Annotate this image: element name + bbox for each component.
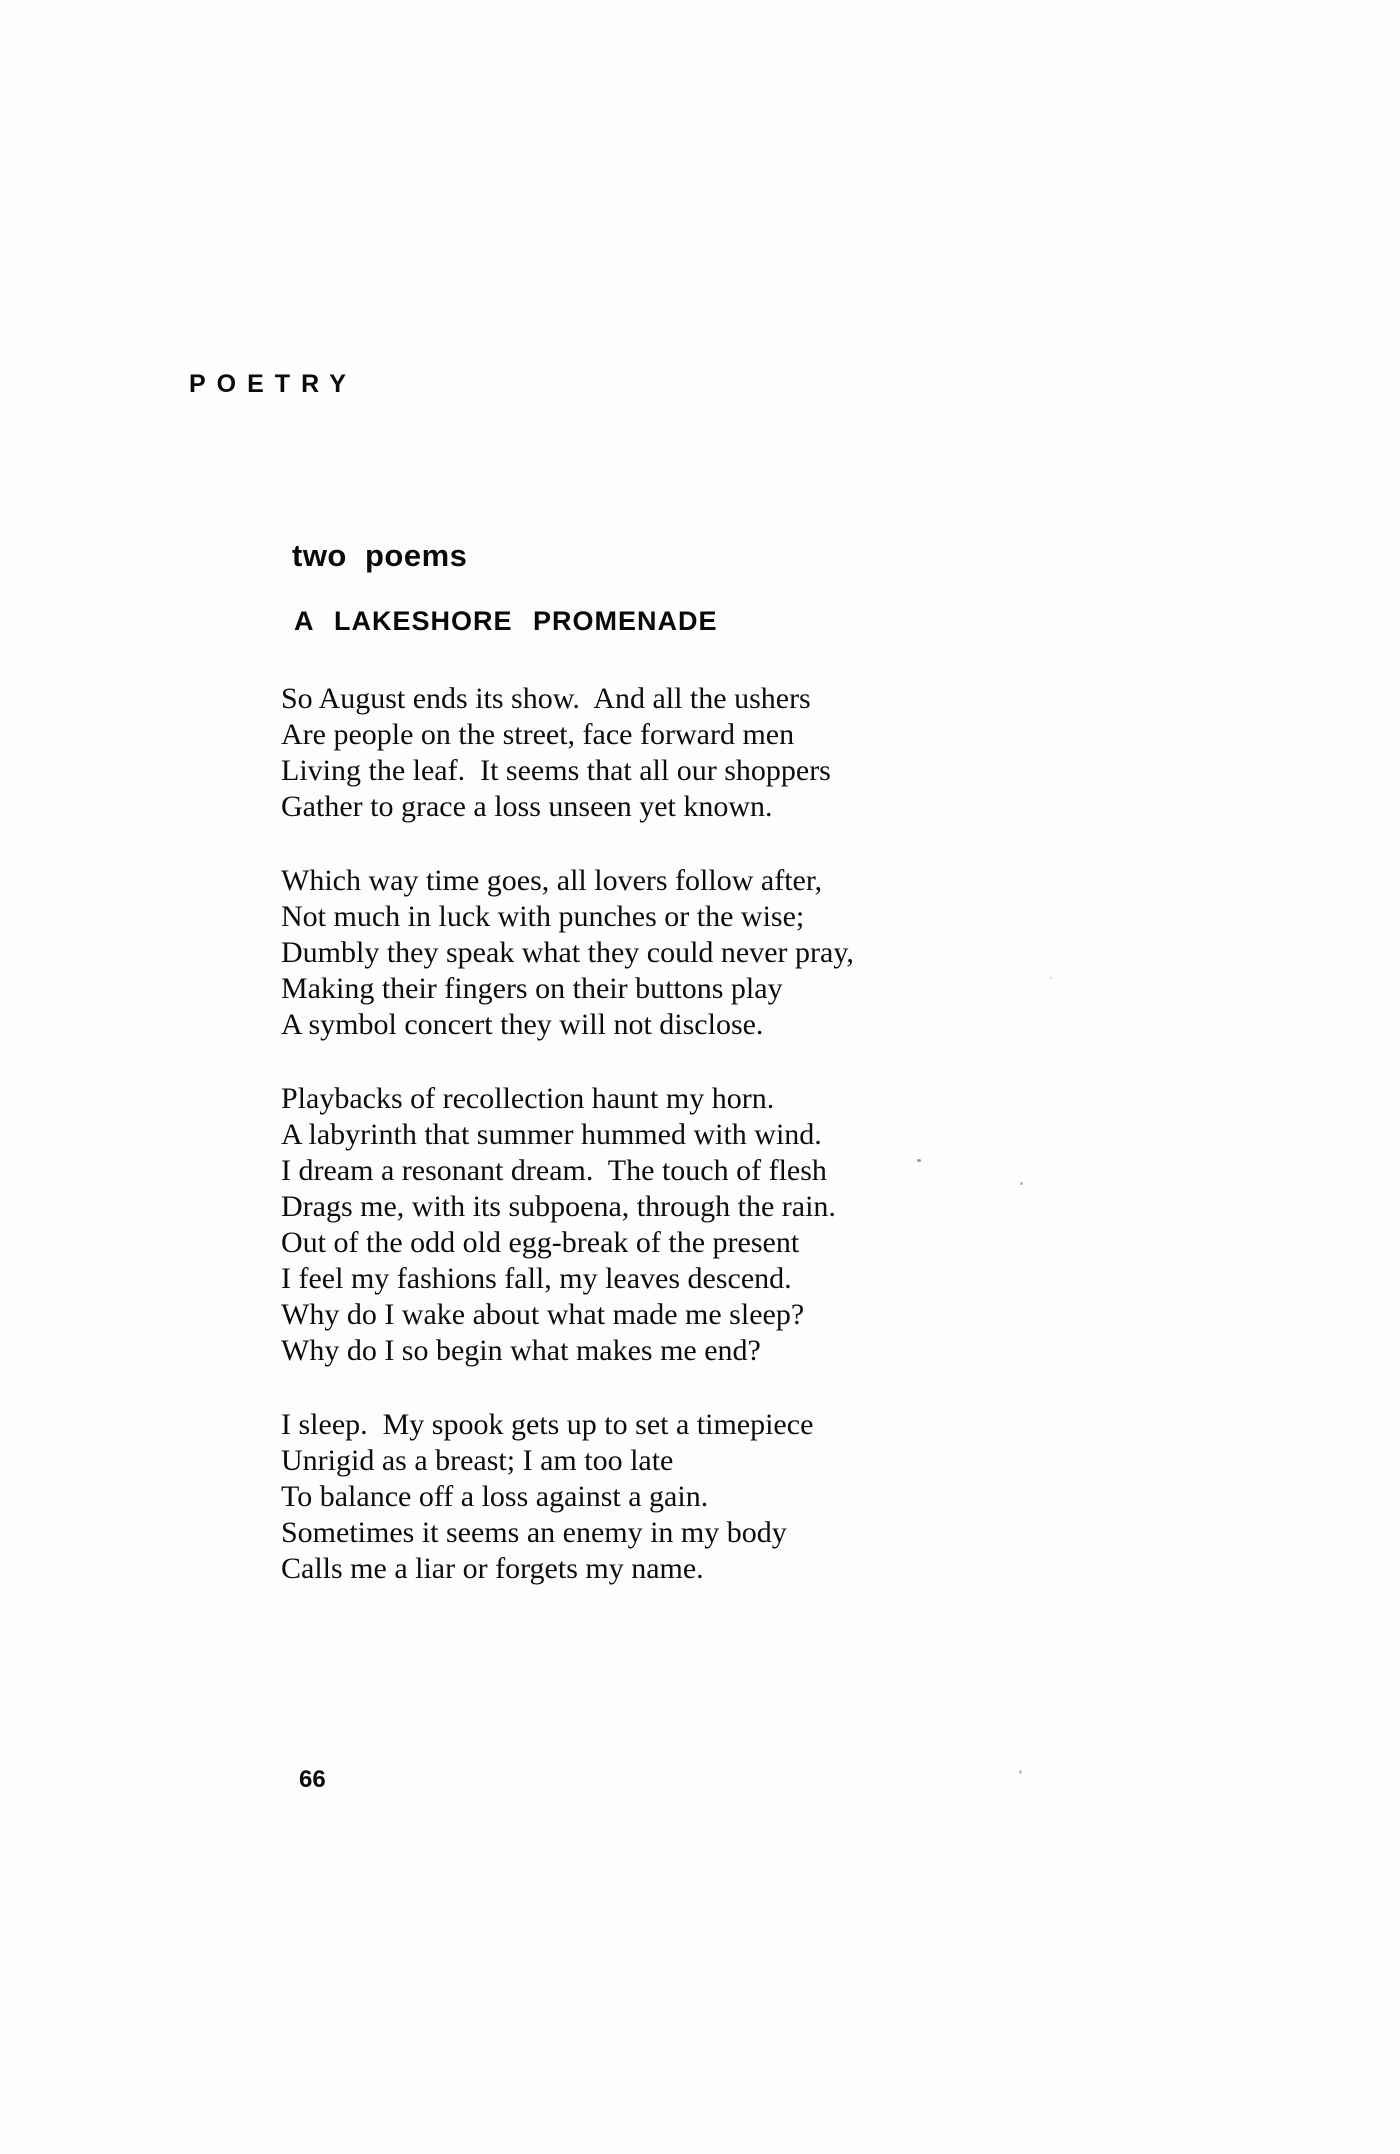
page-title: two poems xyxy=(292,538,467,574)
page-number: 66 xyxy=(299,1766,326,1794)
poem-line: So August ends its show. And all the ush… xyxy=(281,681,854,717)
poem-line: Why do I so begin what makes me end? xyxy=(281,1333,854,1369)
poem-line: Why do I wake about what made me sleep? xyxy=(281,1297,854,1333)
scanned-poetry-page: POETRY two poems A LAKESHORE PROMENADE S… xyxy=(0,0,1400,2154)
poem-line: Sometimes it seems an enemy in my body xyxy=(281,1515,854,1551)
poem-line: I sleep. My spook gets up to set a timep… xyxy=(281,1407,854,1443)
poem-body: So August ends its show. And all the ush… xyxy=(281,681,854,1625)
scan-speck xyxy=(1050,977,1052,979)
poem-line: Gather to grace a loss unseen yet known. xyxy=(281,789,854,825)
poem-line: Making their fingers on their buttons pl… xyxy=(281,971,854,1007)
poem-line: I feel my fashions fall, my leaves desce… xyxy=(281,1261,854,1297)
stanza-1: So August ends its show. And all the ush… xyxy=(281,681,854,825)
scan-speck xyxy=(1020,1182,1023,1185)
poem-line: A labyrinth that summer hummed with wind… xyxy=(281,1117,854,1153)
poem-line: A symbol concert they will not disclose. xyxy=(281,1007,854,1043)
poem-line: To balance off a loss against a gain. xyxy=(281,1479,854,1515)
poem-line: Not much in luck with punches or the wis… xyxy=(281,899,854,935)
stanza-4: I sleep. My spook gets up to set a timep… xyxy=(281,1407,854,1587)
poem-line: Unrigid as a breast; I am too late xyxy=(281,1443,854,1479)
stanza-2: Which way time goes, all lovers follow a… xyxy=(281,863,854,1043)
poem-line: Are people on the street, face forward m… xyxy=(281,717,854,753)
poem-line: Which way time goes, all lovers follow a… xyxy=(281,863,854,899)
stanza-3: Playbacks of recollection haunt my horn.… xyxy=(281,1081,854,1369)
poem-line: Dumbly they speak what they could never … xyxy=(281,935,854,971)
poem-line: Living the leaf. It seems that all our s… xyxy=(281,753,854,789)
poem-title: A LAKESHORE PROMENADE xyxy=(294,606,718,637)
poem-line: Drags me, with its subpoena, through the… xyxy=(281,1189,854,1225)
poem-line: I dream a resonant dream. The touch of f… xyxy=(281,1153,854,1189)
scan-speck xyxy=(917,1159,921,1162)
poem-line: Playbacks of recollection haunt my horn. xyxy=(281,1081,854,1117)
section-header: POETRY xyxy=(189,370,357,399)
poem-line: Out of the odd old egg-break of the pres… xyxy=(281,1225,854,1261)
scan-speck xyxy=(1019,1770,1022,1774)
poem-line: Calls me a liar or forgets my name. xyxy=(281,1551,854,1587)
